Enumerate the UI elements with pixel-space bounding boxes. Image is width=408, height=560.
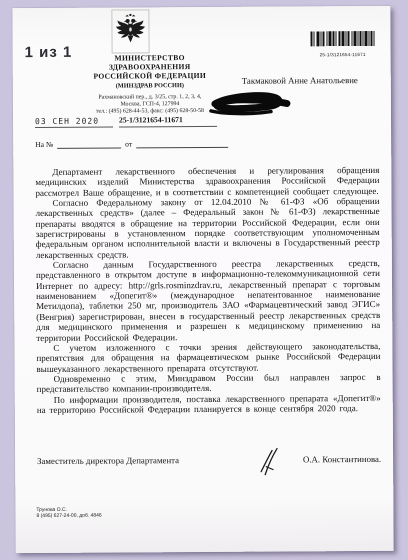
barcode-block: 25-1/3121654-11671 [308,31,376,57]
body-paragraph: Согласно данным Государственного реестра… [36,258,380,343]
reply-from-label: от [125,139,132,148]
reply-number-label: На № [35,140,53,149]
scanned-letter-view: 1 из 1 [0,0,408,560]
reply-number-blank [57,139,121,148]
letter-body: Департамент лекарственного обеспечения и… [35,165,381,415]
date-stamp: 03 СЕН 2020 [35,117,113,128]
body-paragraph: По информации производителя, поставка ле… [37,392,381,415]
body-paragraph: Согласно Федеральному закону от 12.04.20… [35,196,379,260]
coat-of-arms-russia-icon [115,11,145,52]
redaction-scribble-icon [209,89,295,123]
body-paragraph: Департамент лекарственного обеспечения и… [35,165,379,198]
signature-block: Заместитель директора Департамента О.А. … [37,446,381,482]
emblem-stamp-box [111,9,149,53]
signer-name: О.А. Константинова. [303,454,381,464]
reply-reference-line: На № от [35,139,228,149]
outgoing-number: 25-1/3121654-11671 [119,115,217,128]
signer-position: Заместитель директора Департамента [37,455,179,466]
reply-date-blank [136,139,228,149]
recipient-name: Такмаковой Анне Анатольевне [209,75,391,86]
body-paragraph: С учетом изложенного с точки зрения дейс… [36,341,380,374]
document-page: 1 из 1 [12,6,393,553]
signature-icon [259,447,281,482]
executor-footer: Трунова О.С. 8 (495) 627-24-00, доб. 484… [36,507,101,519]
executor-phone: 8 (495) 627-24-00, доб. 4846 [36,513,101,519]
barcode-number: 25-1/3121654-11671 [309,52,377,57]
reference-row: 03 СЕН 2020 25-1/3121654-11671 [35,115,217,128]
barcode [310,33,374,50]
body-paragraph: Одновременно с этим, Минздравом России б… [37,372,381,395]
